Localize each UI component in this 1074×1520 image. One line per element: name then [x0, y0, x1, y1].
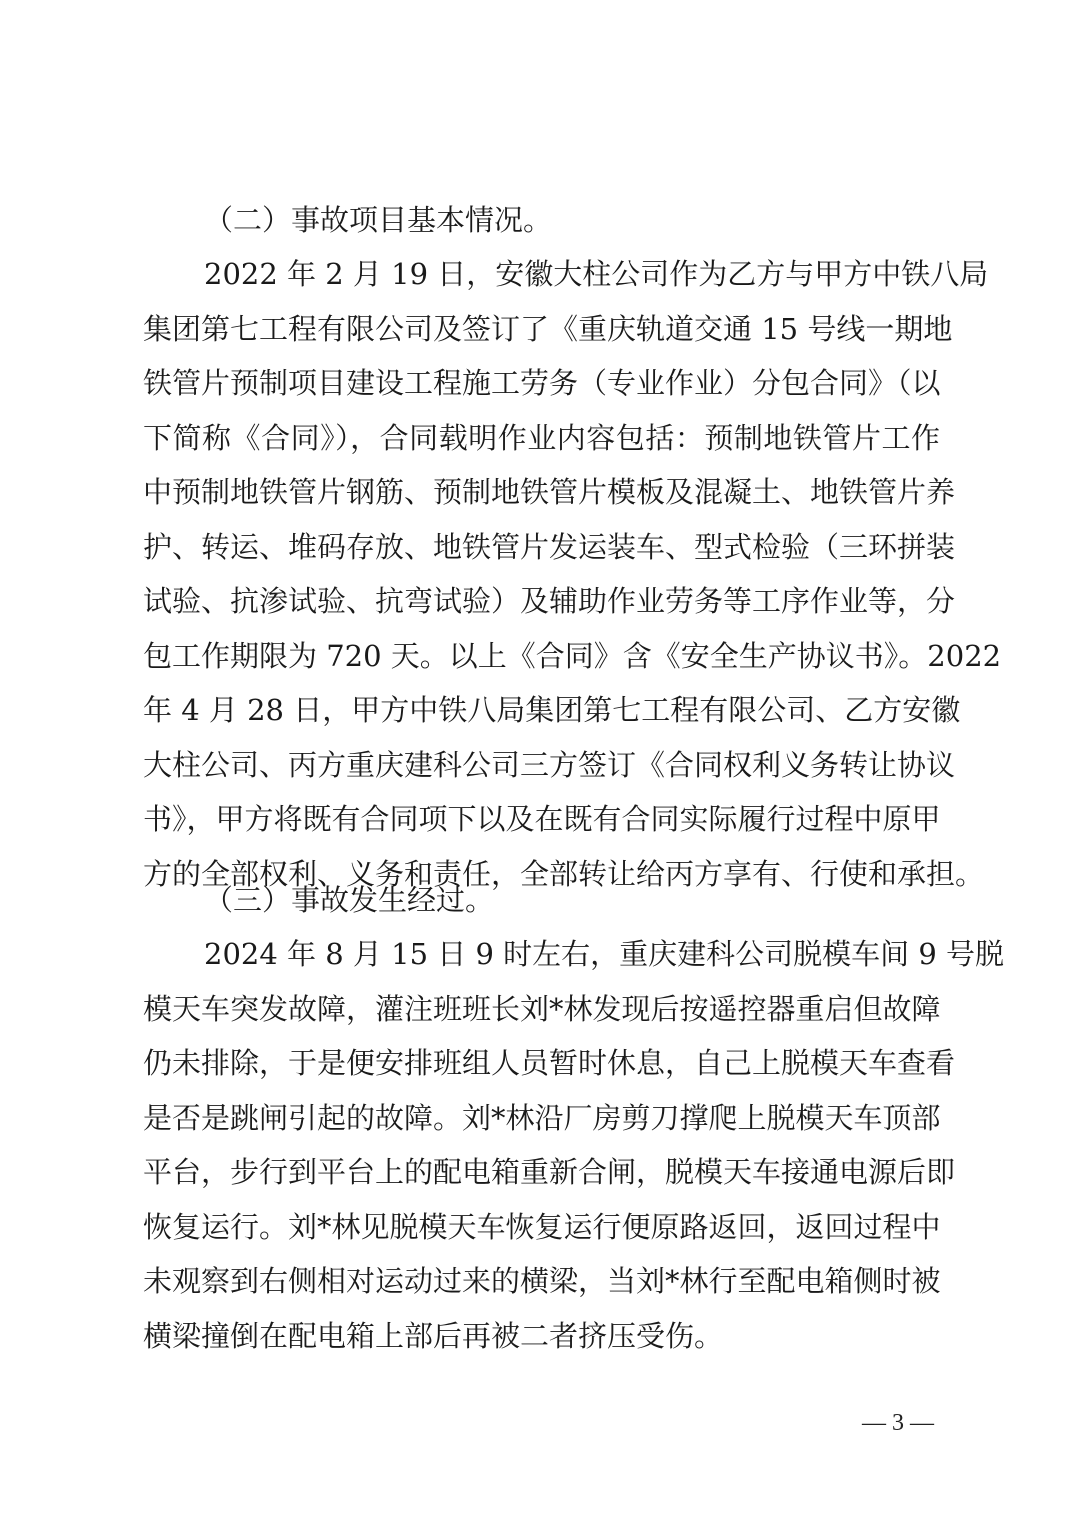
paragraph-line: 未观察到右侧相对运动过来的横梁，当刘*林行至配电箱侧时被	[143, 1261, 940, 1301]
page-number: — 3 —	[838, 1410, 958, 1437]
paragraph-line: 书》，甲方将既有合同项下以及在既有合同实际履行过程中原甲	[143, 799, 940, 839]
paragraph-line: 模天车突发故障，灌注班班长刘*林发现后按遥控器重启但故障	[143, 989, 940, 1029]
paragraph-line: 2022 年 2 月 19 日，安徽大柱公司作为乙方与甲方中铁八局	[204, 254, 940, 294]
paragraph-line: 恢复运行。刘*林见脱模天车恢复运行便原路返回，返回过程中	[143, 1207, 940, 1247]
paragraph-line: 仍未排除，于是便安排班组人员暂时休息，自己上脱模天车查看	[143, 1043, 940, 1083]
section-heading-accident-process: （三）事故发生经过。	[204, 880, 940, 920]
paragraph-line: 包工作期限为 720 天。以上《合同》含《安全生产协议书》。2022	[143, 636, 940, 676]
paragraph-line: 横梁撞倒在配电箱上部后再被二者挤压受伤。	[143, 1316, 940, 1356]
paragraph-line: 护、转运、堆码存放、地铁管片发运装车、型式检验（三环拼装	[143, 527, 940, 567]
paragraph-line: 试验、抗渗试验、抗弯试验）及辅助作业劳务等工序作业等，分	[143, 581, 940, 621]
document-page: （二）事故项目基本情况。 2022 年 2 月 19 日，安徽大柱公司作为乙方与…	[0, 0, 1074, 1520]
paragraph-line: 平台，步行到平台上的配电箱重新合闸，脱模天车接通电源后即	[143, 1152, 940, 1192]
paragraph-line: 铁管片预制项目建设工程施工劳务（专业作业）分包合同》（以	[143, 363, 940, 403]
paragraph-line: 集团第七工程有限公司及签订了《重庆轨道交通 15 号线一期地	[143, 309, 940, 349]
paragraph-line: 中预制地铁管片钢筋、预制地铁管片模板及混凝土、地铁管片养	[143, 472, 940, 512]
paragraph-line: 年 4 月 28 日，甲方中铁八局集团第七工程有限公司、乙方安徽	[143, 690, 940, 730]
paragraph-line: 2024 年 8 月 15 日 9 时左右，重庆建科公司脱模车间 9 号脱	[204, 934, 940, 974]
section-heading-project-info: （二）事故项目基本情况。	[204, 200, 940, 240]
paragraph-line: 大柱公司、丙方重庆建科公司三方签订《合同权利义务转让协议	[143, 745, 940, 785]
paragraph-line: 是否是跳闸引起的故障。刘*林沿厂房剪刀撑爬上脱模天车顶部	[143, 1098, 940, 1138]
paragraph-line: 下简称《合同》），合同载明作业内容包括：预制地铁管片工作	[143, 418, 940, 458]
